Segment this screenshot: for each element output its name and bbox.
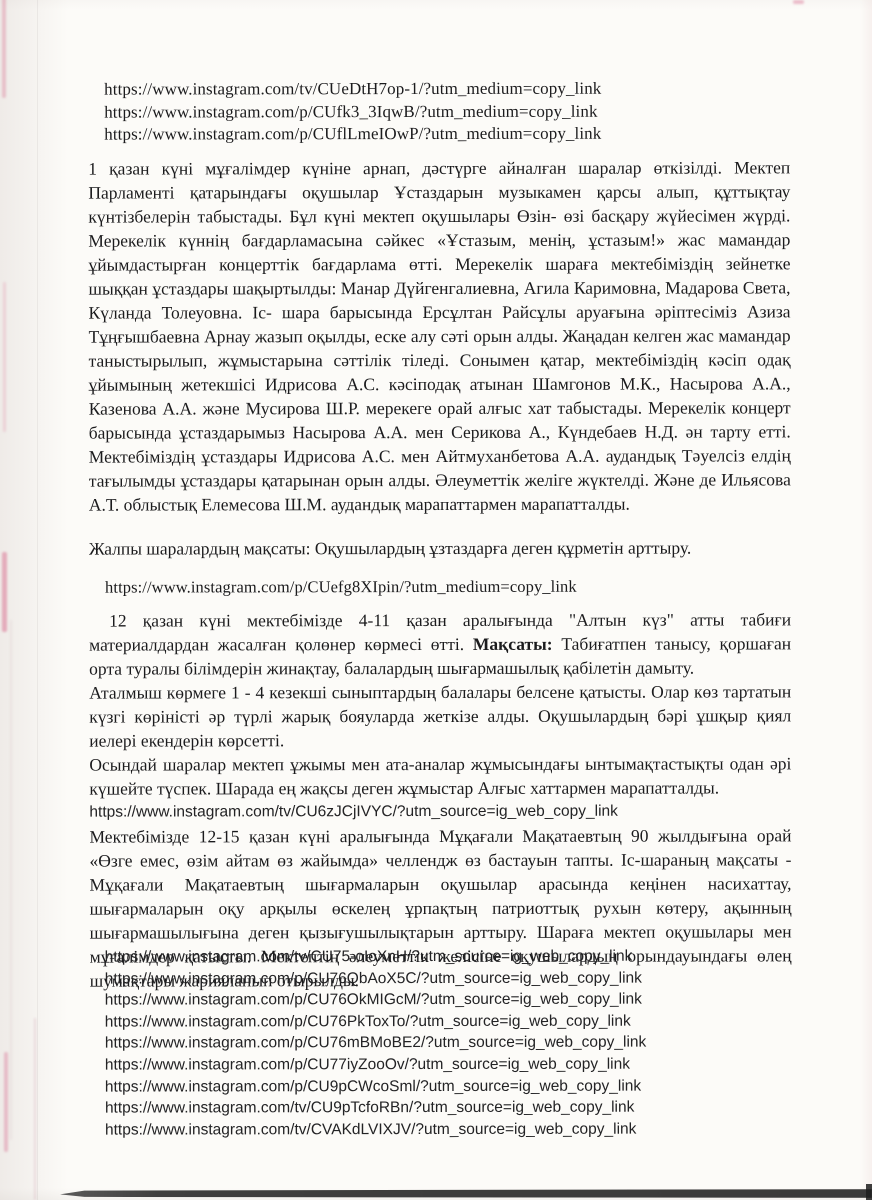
goal-instagram-link: https://www.instagram.com/p/CUefg8XIpin/… — [89, 576, 807, 597]
instagram-link: https://www.instagram.com/p/CU76QbAoX5C/… — [105, 967, 807, 990]
exhibit-instagram-link: https://www.instagram.com/tv/CU6zJCjIVYC… — [89, 799, 791, 824]
scan-pink-streak — [10, 620, 12, 1140]
scan-pink-streak — [2, 0, 6, 98]
instagram-link: https://www.instagram.com/p/CU76OkMIGcM/… — [105, 989, 807, 1012]
scan-pink-streak — [4, 1052, 8, 1152]
instagram-link: https://www.instagram.com/p/CU76mBMoBE2/… — [105, 1032, 807, 1055]
instagram-link: https://www.instagram.com/tv/CVAKdLVIXJV… — [105, 1118, 807, 1141]
instagram-link: https://www.instagram.com/tv/CU75-oIoXnH… — [105, 945, 807, 968]
paper-crease — [37, 0, 38, 1200]
scan-pink-streak — [3, 282, 6, 432]
exhibit-goal-label: Мақсаты: — [473, 634, 553, 654]
teachers-day-paragraph: 1 қазан күні мұғалімдер күніне арнап, дә… — [88, 155, 791, 516]
instagram-link: https://www.instagram.com/tv/CUeDtH7op-1… — [104, 77, 806, 101]
page-content: https://www.instagram.com/tv/CUeDtH7op-1… — [88, 0, 790, 1]
autumn-exhibit-paragraph: 12 қазан күні мектебімізде 4-11 қазан ар… — [89, 607, 791, 680]
scan-pink-streak — [2, 552, 7, 632]
exhibit-outcome-paragraph: Осындай шаралар мектеп ұжымы мен ата-ана… — [89, 751, 791, 800]
instagram-link: https://www.instagram.com/p/CU9pCWcoSml/… — [105, 1075, 807, 1098]
instagram-links-top: https://www.instagram.com/tv/CUeDtH7op-1… — [88, 77, 806, 146]
instagram-link: https://www.instagram.com/p/CUflLmeIOwP/… — [104, 122, 806, 146]
scan-pink-streak — [34, 1018, 36, 1200]
events-goal-line: Жалпы шаралардың мақсаты: Оқушылардың ұз… — [89, 537, 791, 559]
exhibit-participation-paragraph: Аталмыш көрмеге 1 - 4 кезекші сыныптарды… — [89, 679, 791, 752]
scan-pink-streak — [793, 0, 804, 4]
instagram-links-bottom: https://www.instagram.com/tv/CU75-oIoXnH… — [90, 945, 807, 1141]
scan-edge-shadow — [60, 1189, 872, 1198]
scan-corner-mark — [866, 1184, 872, 1200]
instagram-link: https://www.instagram.com/tv/CU9pTcfoRBn… — [105, 1097, 807, 1120]
instagram-link: https://www.instagram.com/p/CUfk3_3IqwB/… — [104, 100, 806, 124]
instagram-link: https://www.instagram.com/p/CU76PkToxTo/… — [105, 1010, 807, 1033]
middle-text-block: 12 қазан күні мектебімізде 4-11 қазан ар… — [89, 607, 792, 992]
document-page: https://www.instagram.com/tv/CUeDtH7op-1… — [0, 0, 872, 1200]
instagram-link: https://www.instagram.com/p/CU77iyZooOv/… — [105, 1053, 807, 1076]
